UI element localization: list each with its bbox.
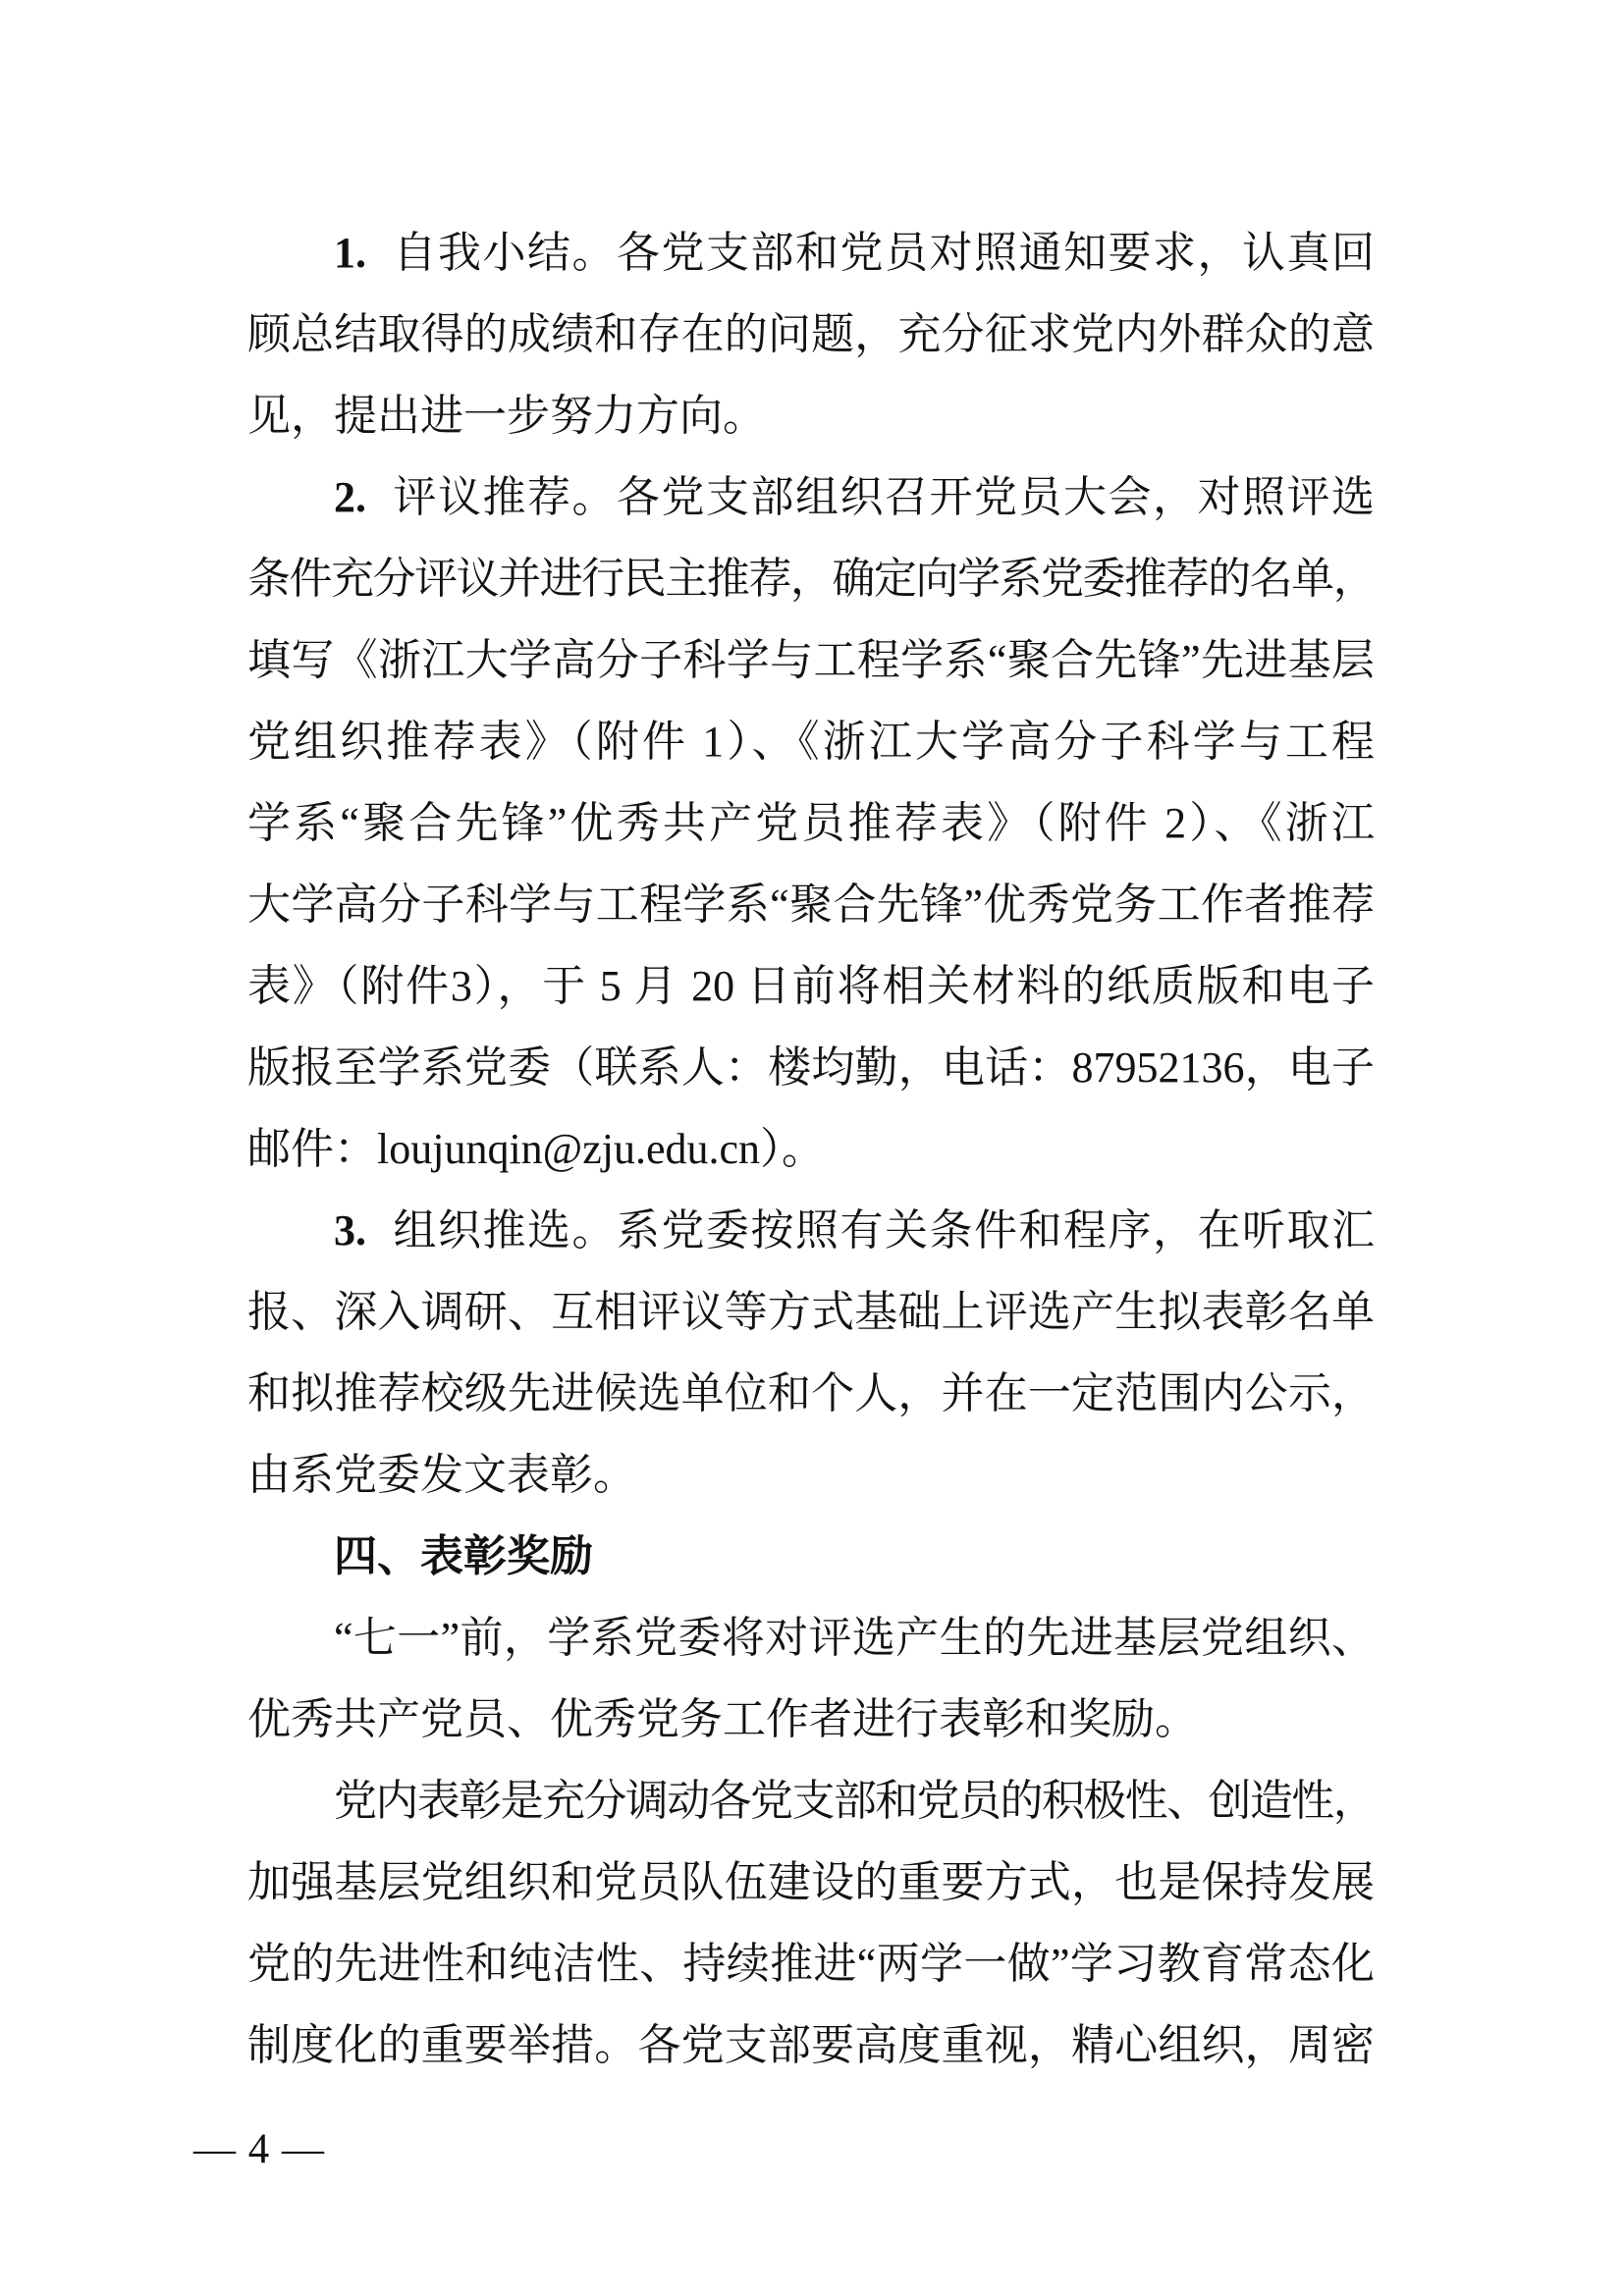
text-line: 党内表彰是充分调动各党支部和党员的积极性、创造性， xyxy=(247,1760,1375,1842)
page: 1.自我小结。各党支部和党员对照通知要求，认真回顾总结取得的成绩和存在的问题，充… xyxy=(0,0,1624,2296)
list-number: 1. xyxy=(334,229,366,277)
text-line: 加强基层党组织和党员队伍建设的重要方式，也是保持发展 xyxy=(247,1842,1375,1923)
text-line: 由系党委发文表彰。 xyxy=(247,1434,1375,1516)
text-line: 条件充分评议并进行民主推荐，确定向学系党委推荐的名单， xyxy=(247,538,1375,619)
text-line: 学系“聚合先锋”优秀共产党员推荐表》（附件 2）、《浙江 xyxy=(247,782,1375,864)
text-line: 版报至学系党委（联系人：楼均勤，电话：87952136，电子 xyxy=(247,1027,1375,1108)
paragraph: 党内表彰是充分调动各党支部和党员的积极性、创造性，加强基层党组织和党员队伍建设的… xyxy=(247,1760,1375,2086)
line-text: 评议推荐。各党支部组织召开党员大会，对照评选 xyxy=(392,473,1375,521)
text-line: 表》（附件3），于 5 月 20 日前将相关材料的纸质版和电子 xyxy=(247,945,1375,1027)
paragraph: “七一”前，学系党委将对评选产生的先进基层党组织、优秀共产党员、优秀党务工作者进… xyxy=(247,1597,1375,1760)
list-number: 3. xyxy=(334,1206,366,1255)
paragraph: 1.自我小结。各党支部和党员对照通知要求，认真回顾总结取得的成绩和存在的问题，充… xyxy=(247,212,1375,456)
text-line: 报、深入调研、互相评议等方式基础上评选产生拟表彰名单 xyxy=(247,1271,1375,1353)
document-body: 1.自我小结。各党支部和党员对照通知要求，认真回顾总结取得的成绩和存在的问题，充… xyxy=(247,212,1375,2086)
paragraph: 3.组织推选。系党委按照有关条件和程序，在听取汇报、深入调研、互相评议等方式基础… xyxy=(247,1190,1375,1516)
text-line: 优秀共产党员、优秀党务工作者进行表彰和奖励。 xyxy=(247,1679,1375,1760)
text-line: 1.自我小结。各党支部和党员对照通知要求，认真回 xyxy=(247,212,1375,294)
text-line: 邮件：loujunqin@zju.edu.cn）。 xyxy=(247,1108,1375,1190)
text-line: 党组织推荐表》（附件 1）、《浙江大学高分子科学与工程 xyxy=(247,701,1375,782)
text-line: “七一”前，学系党委将对评选产生的先进基层党组织、 xyxy=(247,1597,1375,1679)
page-number: — 4 — xyxy=(193,2126,325,2172)
list-number: 2. xyxy=(334,473,366,521)
text-line: 见，提出进一步努力方向。 xyxy=(247,375,1375,456)
text-line: 2.评议推荐。各党支部组织召开党员大会，对照评选 xyxy=(247,456,1375,538)
text-line: 3.组织推选。系党委按照有关条件和程序，在听取汇 xyxy=(247,1190,1375,1271)
paragraph: 2.评议推荐。各党支部组织召开党员大会，对照评选条件充分评议并进行民主推荐，确定… xyxy=(247,456,1375,1190)
text-line: 党的先进性和纯洁性、持续推进“两学一做”学习教育常态化 xyxy=(247,1923,1375,2004)
line-text: 自我小结。各党支部和党员对照通知要求，认真回 xyxy=(392,229,1375,277)
text-line: 四、表彰奖励 xyxy=(247,1516,1375,1597)
text-line: 大学高分子科学与工程学系“聚合先锋”优秀党务工作者推荐 xyxy=(247,864,1375,945)
text-line: 顾总结取得的成绩和存在的问题，充分征求党内外群众的意 xyxy=(247,294,1375,375)
section-heading: 四、表彰奖励 xyxy=(247,1516,1375,1597)
line-text: 组织推选。系党委按照有关条件和程序，在听取汇 xyxy=(392,1206,1375,1255)
text-line: 填写《浙江大学高分子科学与工程学系“聚合先锋”先进基层 xyxy=(247,619,1375,701)
text-line: 和拟推荐校级先进候选单位和个人，并在一定范围内公示， xyxy=(247,1353,1375,1434)
page-footer: — 4 — xyxy=(193,2120,325,2179)
text-line: 制度化的重要举措。各党支部要高度重视，精心组织，周密 xyxy=(247,2004,1375,2086)
